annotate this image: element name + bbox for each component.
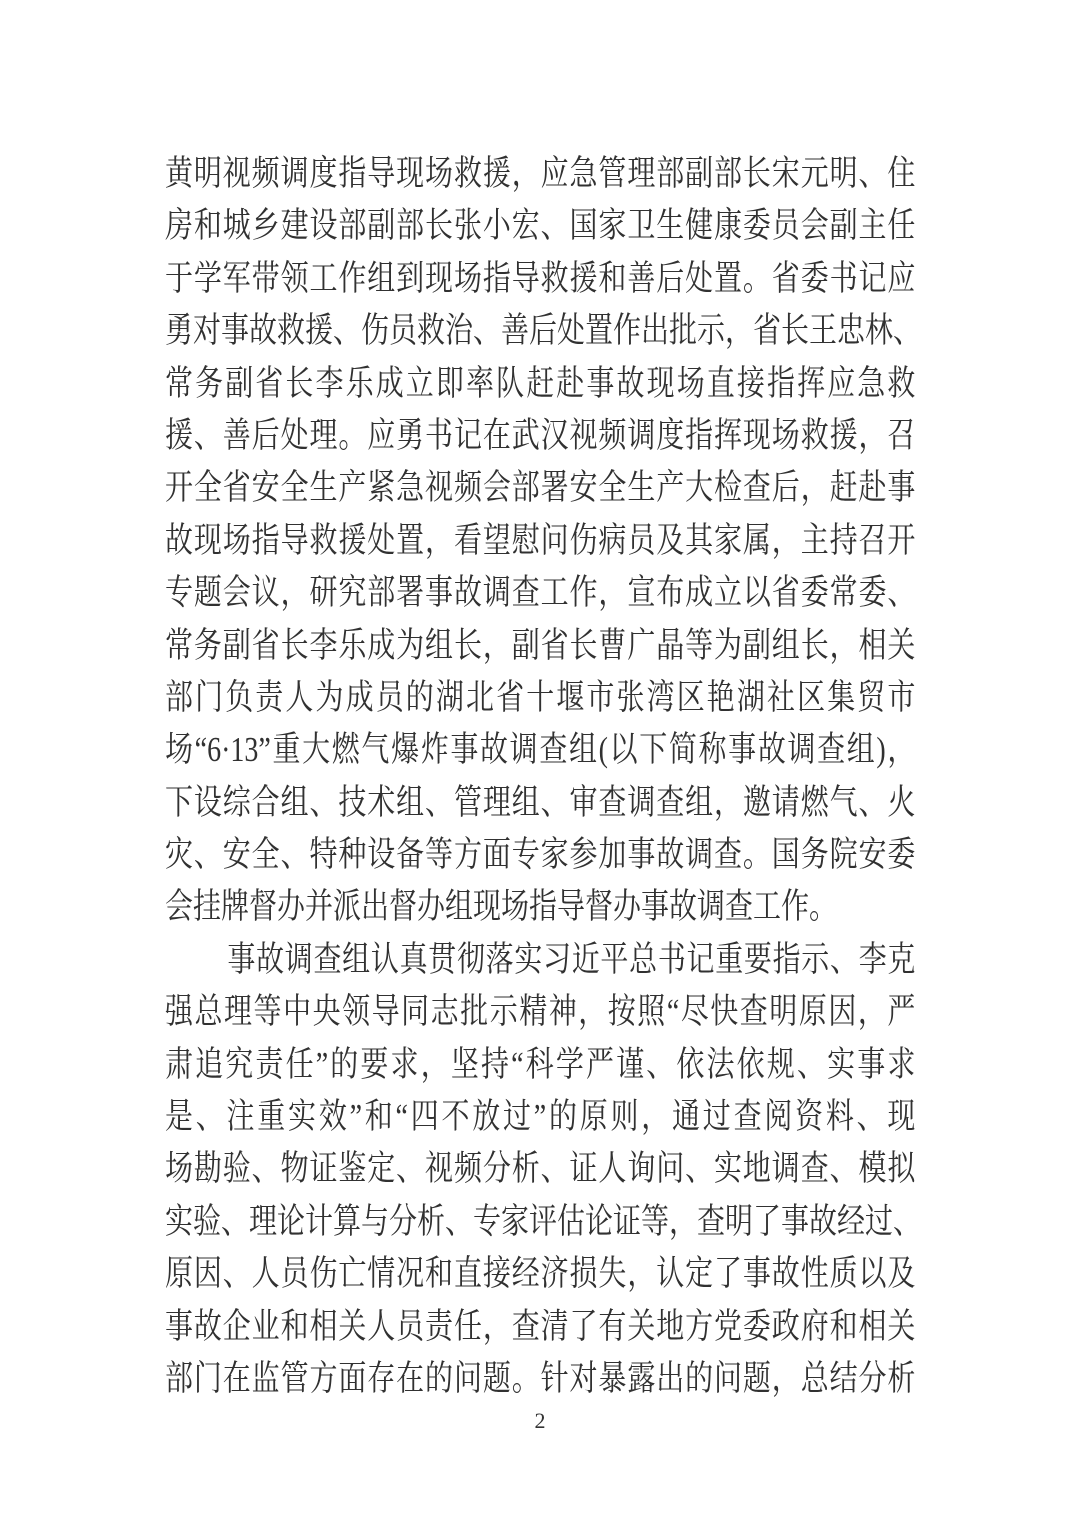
text-line: 部门在监管方面存在的问题。针对暴露出的问题，总结分析 bbox=[165, 1353, 915, 1405]
text-line: 开全省安全生产紧急视频会部署安全生产大检查后，赶赴事 bbox=[165, 462, 915, 514]
text-line: 场勘验、物证鉴定、视频分析、证人询问、实地调查、模拟 bbox=[165, 1143, 915, 1195]
text-line: 黄明视频调度指导现场救援，应急管理部副部长宋元明、住 bbox=[165, 148, 915, 200]
text-line: 场“6·13”重大燃气爆炸事故调查组(以下简称事故调查组)， bbox=[165, 724, 915, 776]
text-line: 原因、人员伤亡情况和直接经济损失，认定了事故性质以及 bbox=[165, 1248, 915, 1300]
text-line: 勇对事故救援、伤员救治、善后处置作出批示，省长王忠林、 bbox=[165, 305, 915, 357]
text-line: 故现场指导救援处置，看望慰问伤病员及其家属，主持召开 bbox=[165, 515, 915, 567]
text-line: 是、注重实效”和“四不放过”的原则，通过查阅资料、现 bbox=[165, 1091, 915, 1143]
text-line: 强总理等中央领导同志批示精神，按照“尽快查明原因，严 bbox=[165, 986, 915, 1038]
text-line: 事故企业和相关人员责任，查清了有关地方党委政府和相关 bbox=[165, 1301, 915, 1353]
text-line: 下设综合组、技术组、管理组、审查调查组，邀请燃气、火 bbox=[165, 777, 915, 829]
text-line-paragraph-end: 会挂牌督办并派出督办组现场指导督办事故调查工作。 bbox=[165, 881, 915, 933]
page-number: 2 bbox=[0, 1408, 1080, 1434]
text-line: 灾、安全、特种设备等方面专家参加事故调查。国务院安委 bbox=[165, 829, 915, 881]
text-line-paragraph-start: 事故调查组认真贯彻落实习近平总书记重要指示、李克 bbox=[165, 934, 915, 986]
text-line: 部门负责人为成员的湖北省十堰市张湾区艳湖社区集贸市 bbox=[165, 672, 915, 724]
text-line: 肃追究责任”的要求，坚持“科学严谨、依法依规、实事求 bbox=[165, 1039, 915, 1091]
text-line: 专题会议，研究部署事故调查工作，宣布成立以省委常委、 bbox=[165, 567, 915, 619]
text-line: 房和城乡建设部副部长张小宏、国家卫生健康委员会副主任 bbox=[165, 200, 915, 252]
text-line: 援、善后处理。应勇书记在武汉视频调度指挥现场救援，召 bbox=[165, 410, 915, 462]
text-line: 实验、理论计算与分析、专家评估论证等，查明了事故经过、 bbox=[165, 1196, 915, 1248]
document-page: 黄明视频调度指导现场救援，应急管理部副部长宋元明、住 房和城乡建设部副部长张小宏… bbox=[0, 0, 1080, 1527]
text-line: 常务副省长李乐成立即率队赶赴事故现场直接指挥应急救 bbox=[165, 358, 915, 410]
text-line: 常务副省长李乐成为组长，副省长曹广晶等为副组长，相关 bbox=[165, 620, 915, 672]
text-line: 于学军带领工作组到现场指导救援和善后处置。省委书记应 bbox=[165, 253, 915, 305]
body-text-block: 黄明视频调度指导现场救援，应急管理部副部长宋元明、住 房和城乡建设部副部长张小宏… bbox=[165, 148, 915, 1405]
